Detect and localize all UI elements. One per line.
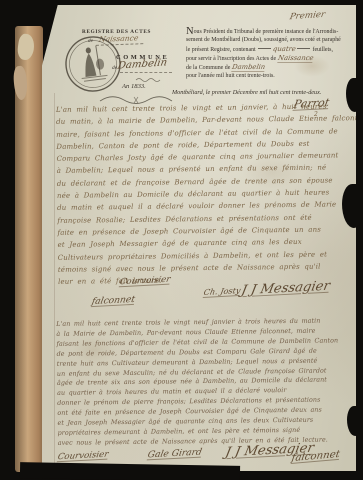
blank-rule — [258, 48, 271, 49]
header-line: de la Commune de Dambelin — [186, 63, 362, 72]
header-date-line: Montbéliard, le premier Décembre mil hui… — [172, 89, 321, 96]
header-line-text: de la Commune de — [186, 65, 230, 71]
header-line-text: pour servir à l'inscription des Actes de — [186, 56, 276, 62]
blank-rule — [297, 48, 310, 49]
page-bottom-edge — [20, 462, 240, 480]
birth-act-1: L'an mil huit cent trente trois le vingt… — [56, 100, 356, 288]
blank-rule — [120, 72, 172, 73]
act-type-handwritten: Naissance — [277, 54, 314, 63]
header-line: sement de Montbéliard (Doubs), soussigné… — [186, 36, 362, 44]
father-signature: Ch. Josty — [203, 286, 241, 297]
scanned-register-scan: Premier REGISTRE DES ACTES de Naissance … — [0, 0, 363, 480]
page-tear — [347, 406, 362, 436]
year-label: An 1833. — [122, 83, 146, 90]
header-line-text: le présent Registre, contenant — [186, 47, 256, 53]
father-signature: Gale Girard — [147, 448, 203, 461]
header-line-text: feuillets, — [312, 47, 332, 53]
folio-count-handwritten: quatre — [272, 45, 296, 53]
commune-name-handwritten: Dambelin — [117, 57, 168, 71]
birth-act-2: L'an mil huit cent trente trois le vingt… — [56, 316, 356, 448]
page-tear — [342, 184, 363, 228]
printed-header-block: Nous Président du Tribunal de première i… — [186, 28, 362, 81]
register-page: Premier REGISTRE DES ACTES de Naissance … — [42, 5, 356, 471]
page-tear — [346, 78, 362, 112]
official-stamp-icon — [61, 32, 126, 97]
header-line: le présent Registre, contenantquatrefeui… — [186, 45, 362, 54]
page-crease — [54, 93, 55, 465]
mayor-signature: falconnet — [91, 295, 136, 307]
header-line: Nous Président du Tribunal de première i… — [186, 28, 362, 36]
header-line-text: ous Président du Tribunal de première in… — [194, 29, 339, 35]
header-line: pour l'année mil huit cent trente-trois. — [186, 72, 362, 80]
header-line: pour servir à l'inscription des Actes de… — [186, 54, 362, 63]
commune-name-handwritten-2: Dambelin — [231, 63, 266, 72]
witness-signature: Courvoisier — [57, 450, 110, 463]
corner-folio-note: Premier — [289, 10, 326, 22]
